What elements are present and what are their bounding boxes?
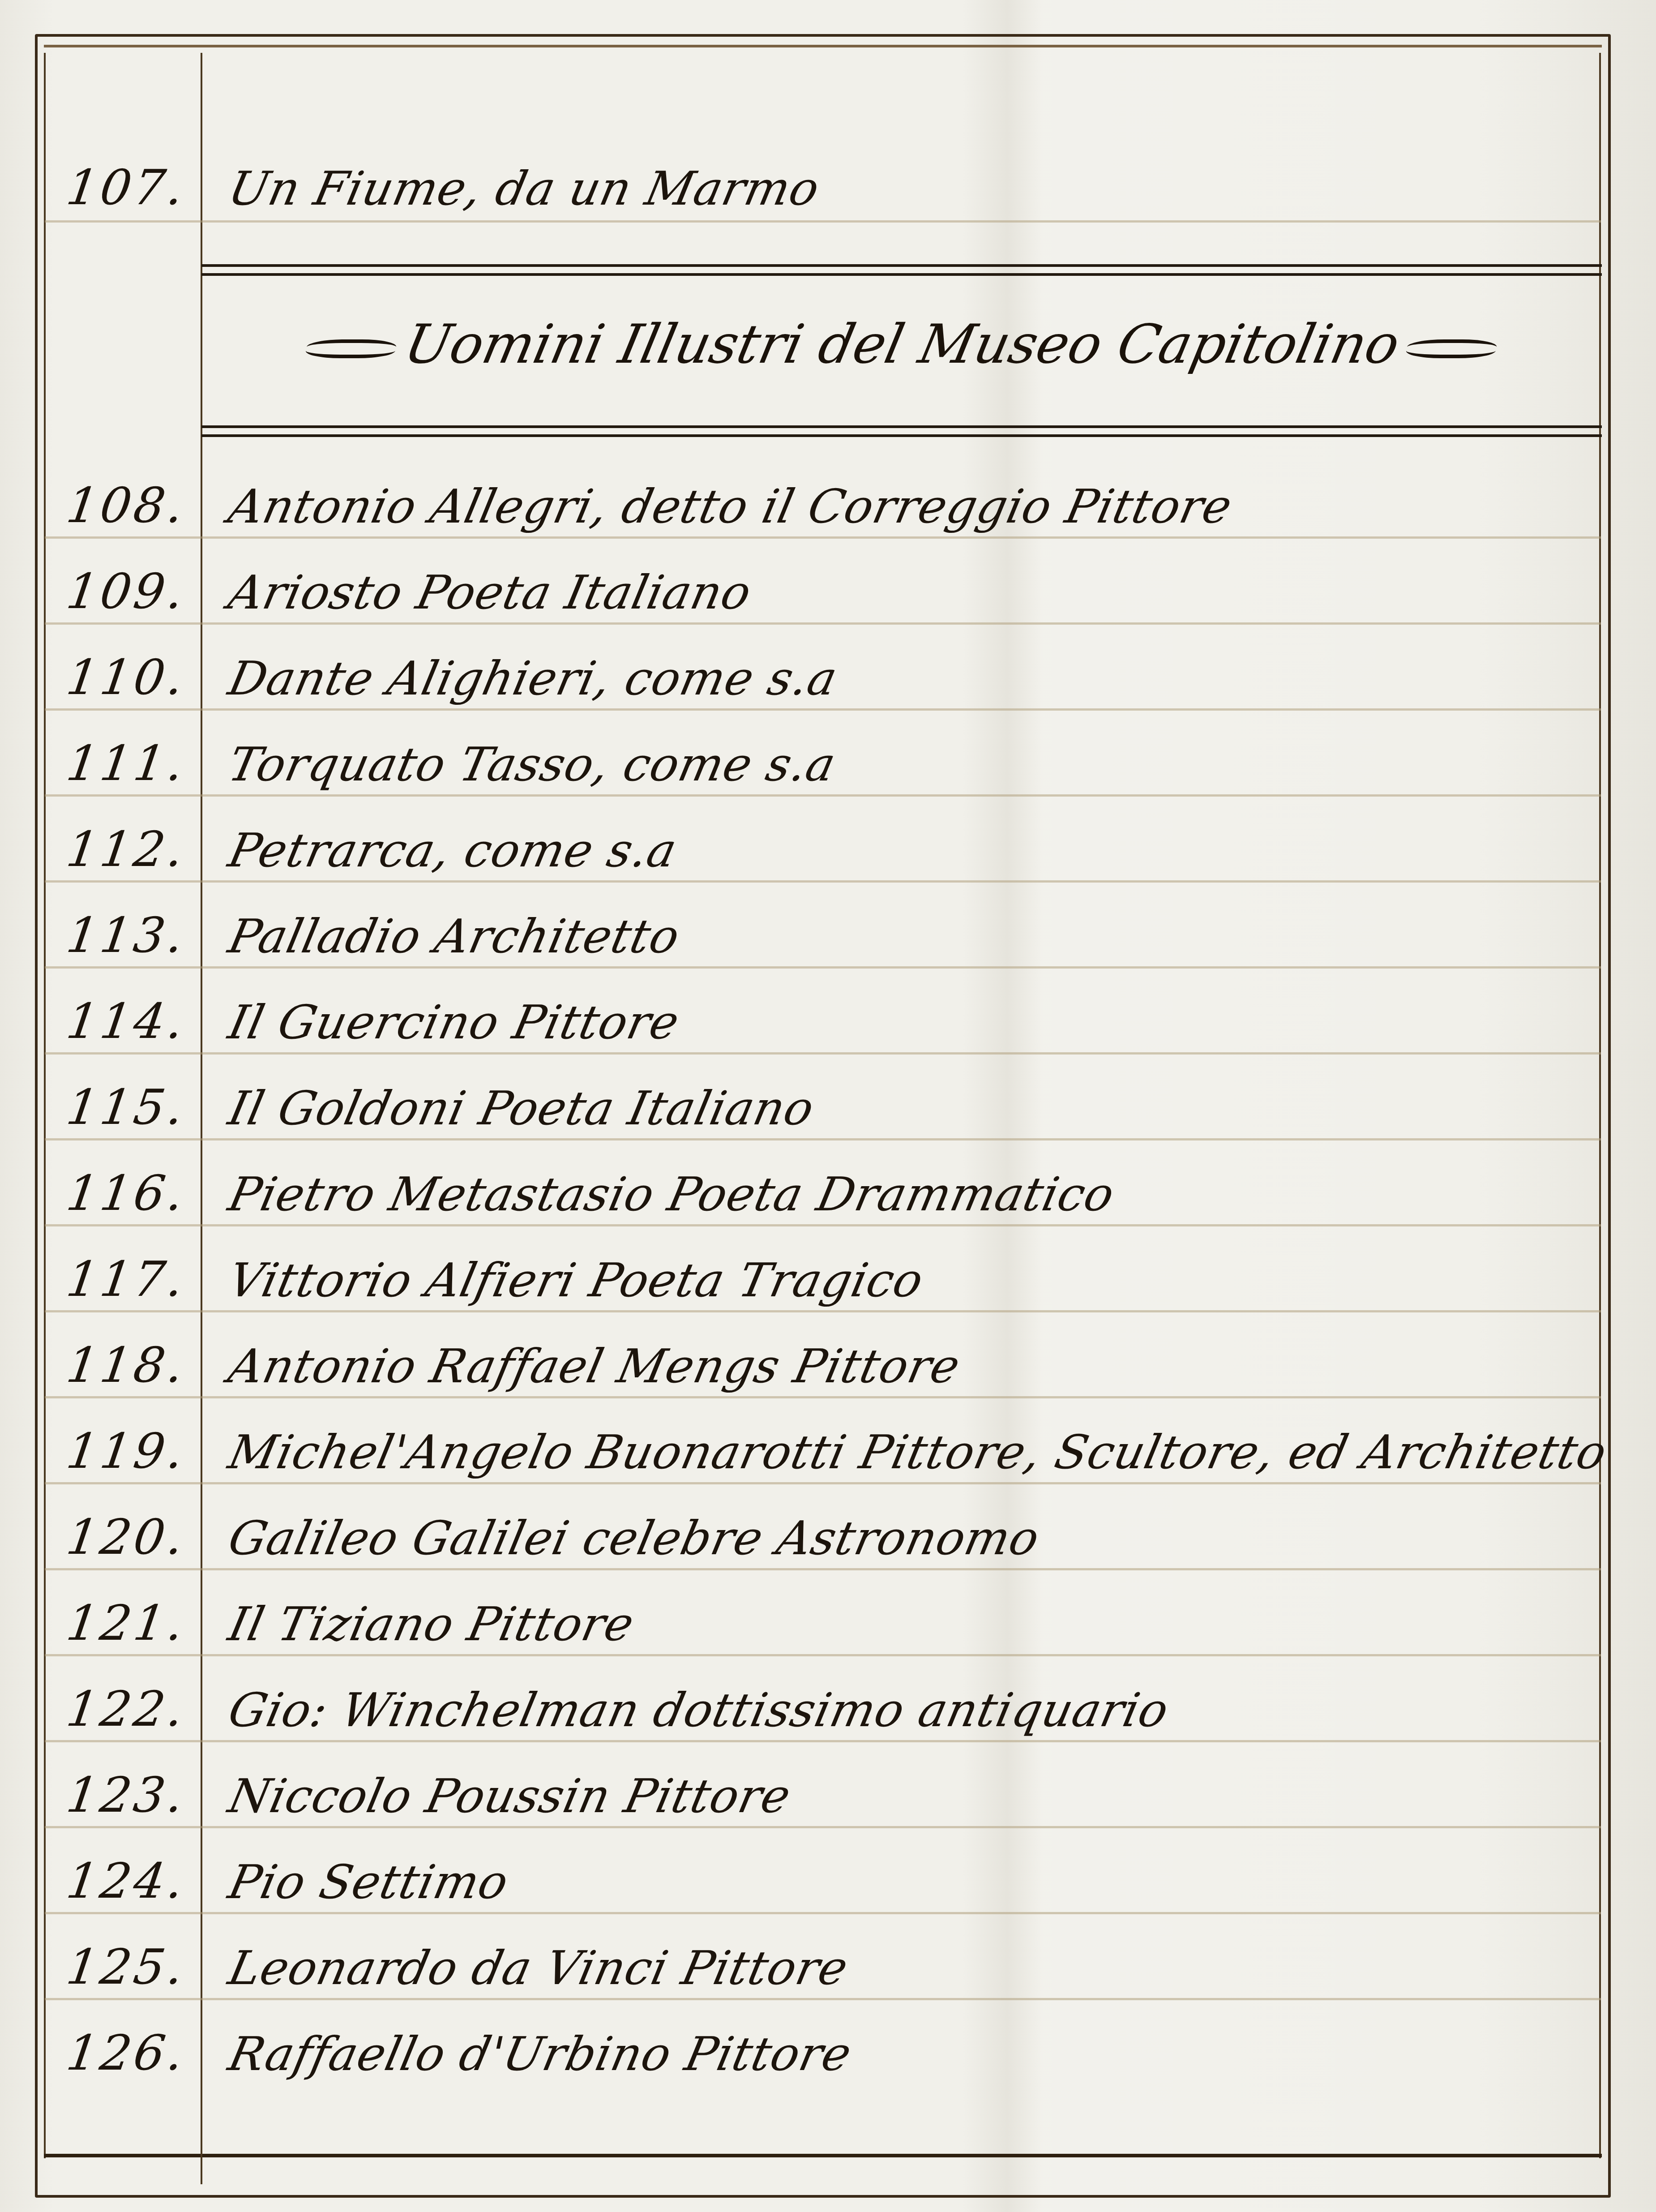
entry-text: Raffaello d'Urbino Pittore xyxy=(224,2027,856,2081)
entry-text: Il Goldoni Poeta Italiano xyxy=(224,1081,819,1136)
entry-row: 124.Pio Settimo xyxy=(0,1837,1612,1917)
entry-row: 108.Antonio Allegri, detto il Correggio … xyxy=(0,461,1612,542)
entry-row: 123.Niccolo Poussin Pittore xyxy=(0,1751,1612,1831)
entry-text: Michel'Angelo Buonarotti Pittore, Sculto… xyxy=(224,1425,1612,1479)
entry-row: 107. Un Fiume, da un Marmo xyxy=(0,143,1612,224)
entry-number: 114. xyxy=(63,994,201,1050)
entry-row: 114.Il Guercino Pittore xyxy=(0,977,1612,1058)
entry-number: 110. xyxy=(63,650,201,706)
entry-text: Petrarca, come s.a xyxy=(224,823,682,878)
entry-row: 110.Dante Alighieri, come s.a xyxy=(0,633,1612,714)
entry-row: 113.Palladio Architetto xyxy=(0,891,1612,972)
entry-text: Dante Alighieri, come s.a xyxy=(224,651,842,706)
flourish-right-icon xyxy=(1404,339,1498,358)
entry-number: 121. xyxy=(63,1595,201,1651)
entry-row: 109.Ariosto Poeta Italiano xyxy=(0,547,1612,628)
entry-row: 126.Raffaello d'Urbino Pittore xyxy=(0,2009,1612,2089)
entry-row: 118.Antonio Raffael Mengs Pittore xyxy=(0,1321,1612,1402)
entry-text: Niccolo Poussin Pittore xyxy=(224,1769,796,1823)
entry-row: 116.Pietro Metastasio Poeta Drammatico xyxy=(0,1149,1612,1230)
section-header: Uomini Illustri del Museo Capitolino xyxy=(199,313,1605,376)
header-double-rule-bottom xyxy=(201,425,1602,437)
flourish-left-icon xyxy=(304,339,398,358)
entry-number: 118. xyxy=(63,1337,201,1393)
entry-text: Pietro Metastasio Poeta Drammatico xyxy=(224,1167,1119,1222)
entry-text: Gio: Winchelman dottissimo antiquario xyxy=(224,1683,1174,1737)
entry-row: 119.Michel'Angelo Buonarotti Pittore, Sc… xyxy=(0,1407,1612,1488)
entry-text: Vittorio Alfieri Poeta Tragico xyxy=(224,1253,929,1307)
entry-text: Antonio Raffael Mengs Pittore xyxy=(224,1339,965,1393)
entry-text: Un Fiume, da un Marmo xyxy=(224,161,824,216)
entry-text: Antonio Allegri, detto il Correggio Pitt… xyxy=(224,479,1237,534)
entry-row: 117.Vittorio Alfieri Poeta Tragico xyxy=(0,1235,1612,1316)
entry-number: 109. xyxy=(63,564,201,620)
entry-number: 117. xyxy=(63,1252,201,1307)
entry-row: 122.Gio: Winchelman dottissimo antiquari… xyxy=(0,1665,1612,1745)
entry-row: 125.Leonardo da Vinci Pittore xyxy=(0,1923,1612,2003)
entry-row: 111.Torquato Tasso, come s.a xyxy=(0,719,1612,800)
entry-number: 113. xyxy=(63,908,201,964)
entry-number: 124. xyxy=(63,1853,201,1909)
entry-number: 119. xyxy=(63,1423,201,1479)
entry-number: 125. xyxy=(63,1939,201,1995)
entry-number: 107. xyxy=(63,160,201,216)
page-frame-top-rule xyxy=(44,45,1602,47)
entry-number: 122. xyxy=(63,1681,201,1737)
entry-text: Il Tiziano Pittore xyxy=(224,1597,639,1651)
entry-number: 108. xyxy=(63,478,201,534)
section-header-title: Uomini Illustri del Museo Capitolino xyxy=(399,313,1405,376)
entry-text: Torquato Tasso, come s.a xyxy=(224,737,841,792)
entry-text: Pio Settimo xyxy=(224,1855,513,1909)
entry-number: 126. xyxy=(63,2025,201,2081)
entry-row: 112.Petrarca, come s.a xyxy=(0,805,1612,886)
entry-row: 121.Il Tiziano Pittore xyxy=(0,1579,1612,1659)
entry-text: Il Guercino Pittore xyxy=(224,995,685,1050)
entry-number: 116. xyxy=(63,1166,201,1222)
entry-row: 120.Galileo Galilei celebre Astronomo xyxy=(0,1493,1612,1573)
entry-number: 111. xyxy=(63,736,201,792)
page-frame-bottom-rule xyxy=(44,2154,1602,2157)
entry-number: 112. xyxy=(63,822,201,878)
entry-row: 115.Il Goldoni Poeta Italiano xyxy=(0,1063,1612,1144)
entry-number: 123. xyxy=(63,1767,201,1823)
entry-text: Palladio Architetto xyxy=(224,909,685,964)
entry-number: 120. xyxy=(63,1509,201,1565)
entry-text: Ariosto Poeta Italiano xyxy=(224,565,756,620)
entry-text: Leonardo da Vinci Pittore xyxy=(224,1941,853,1995)
entry-text: Galileo Galilei celebre Astronomo xyxy=(224,1511,1044,1565)
entry-number: 115. xyxy=(63,1080,201,1136)
header-double-rule-top xyxy=(201,264,1602,276)
